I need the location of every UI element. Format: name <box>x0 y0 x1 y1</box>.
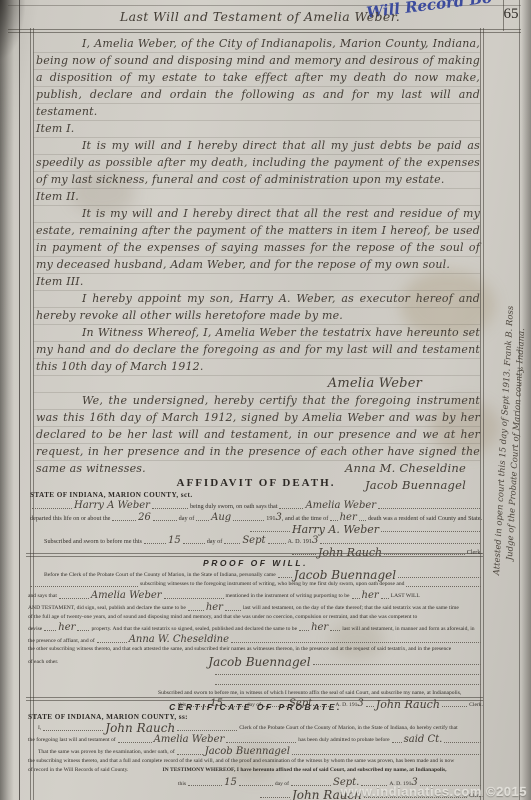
item1-text: It is my will and I hereby direct that a… <box>36 137 480 188</box>
certificate-line1: I, John Rauch Clerk of the Probate Court… <box>28 722 483 732</box>
probate-court-fill: said Ct. <box>404 735 443 745</box>
dotted-line <box>226 740 296 743</box>
affiant-name: Harry A Weber <box>74 501 150 511</box>
pronoun: her <box>340 513 357 523</box>
subscribed-month: Sept <box>242 536 265 546</box>
proof-witness-signature: Jacob Buennagel <box>208 656 310 668</box>
dotted-line <box>444 740 481 743</box>
proof-blank-line <box>28 672 483 676</box>
dotted-line <box>59 596 89 599</box>
proof-line1: Before the Clerk of the Probate Court of… <box>28 569 483 579</box>
form-text: last will and testament, in manner and f… <box>342 627 474 633</box>
dotted-line <box>292 752 481 755</box>
dotted-line <box>177 752 203 755</box>
item2-text: It is my will and I hereby direct that a… <box>36 205 480 273</box>
certificate-testatrix: Amelia Weber <box>154 735 225 745</box>
dotted-line <box>112 518 136 521</box>
proof-line7: the presence of affiant, and of Anna W. … <box>28 635 483 644</box>
proof-line3: and says that Amelia Weber mentioned in … <box>28 591 483 600</box>
form-text: day of <box>179 516 195 522</box>
form-text: I, <box>38 726 41 732</box>
frame-line <box>8 32 521 33</box>
document-title: Last Will and Testament of Amelia Weber. <box>60 9 460 24</box>
proof-line8: the other subscribing witness thereto, a… <box>28 647 483 653</box>
death-day: 26 <box>138 513 151 523</box>
dotted-line <box>152 506 188 509</box>
dotted-line <box>398 575 481 578</box>
form-text: being duly sworn, on oath says that <box>190 504 277 510</box>
form-text: That the same was proven by the examinat… <box>38 750 175 756</box>
pronoun-fill: her <box>58 623 75 633</box>
form-text: of each other. <box>28 660 58 666</box>
form-text: mentioned in the instrument of writing p… <box>226 594 350 600</box>
affidavit-clerk-row: John Rauch Clerk. <box>30 547 482 556</box>
dotted-line <box>330 628 340 631</box>
dotted-line <box>43 728 103 731</box>
dotted-line <box>196 518 209 521</box>
proof-heading: PROOF OF WILL. <box>28 558 483 568</box>
item2-label: Item II. <box>36 188 480 205</box>
form-text: the subscribing witness thereto, and tha… <box>28 759 454 765</box>
dotted-line <box>260 795 290 798</box>
form-text: this <box>178 782 186 788</box>
witness-clause: In Witness Whereof, I, Amelia Weber the … <box>36 324 480 375</box>
form-text: has been duly admitted to probate before <box>298 738 389 744</box>
form-text: property. And that the said testatrix so… <box>91 627 297 633</box>
form-text: day of <box>275 782 289 788</box>
testatrix-name: Amelia Weber <box>91 591 162 601</box>
proof-subscribed-row: Subscribed and sworn to before me, in wi… <box>28 691 483 697</box>
watermark: www.indianaties.com ©2015 <box>341 784 527 799</box>
dotted-line <box>183 541 205 544</box>
dotted-line <box>352 596 360 599</box>
dotted-line <box>299 628 309 631</box>
affiant-signature: Harry A. Weber <box>292 524 379 535</box>
proof-line5: of the full age of twenty-one years, and… <box>28 615 483 621</box>
subscribed-day: 15 <box>168 536 181 546</box>
dotted-line <box>239 783 273 786</box>
frame-line <box>483 28 484 800</box>
dotted-line <box>164 596 224 599</box>
other-witness-name: Anna W. Cheseldine <box>129 635 229 645</box>
certificate-venue: STATE OF INDIANA, MARION COUNTY, ss: <box>28 713 483 721</box>
dotted-line <box>378 506 480 509</box>
dotted-line <box>215 672 481 675</box>
dotted-line <box>32 506 72 509</box>
dotted-line <box>268 541 286 544</box>
clerk-signature: John Rauch <box>318 547 382 558</box>
clerk-label: Clerk. <box>467 550 482 556</box>
dotted-line <box>44 628 56 631</box>
certificate-day: 15 <box>224 778 237 788</box>
dotted-line <box>231 640 481 643</box>
form-text: 191 <box>266 516 275 522</box>
affidavit-signature-row: Harry A. Weber <box>30 524 482 533</box>
proof-line4: AND TESTAMENT, did sign, seal, publish a… <box>28 603 483 612</box>
dotted-line <box>359 518 366 521</box>
section-divider <box>26 556 483 557</box>
opening-paragraph: I, Amelia Weber, of the City of Indianap… <box>36 35 480 120</box>
dotted-line <box>381 529 480 532</box>
dotted-line <box>188 783 222 786</box>
proof-line9: of each other. Jacob Buennagel <box>28 656 483 666</box>
form-text: Clerk of the Probate Court of the County… <box>239 726 457 732</box>
form-text: A. D. 191 <box>288 539 312 545</box>
form-text: the foregoing last will and testament of <box>28 738 116 744</box>
dotted-line <box>153 518 177 521</box>
affidavit-death-date-row: departed this life on or about the 26 da… <box>30 513 482 522</box>
certificate-witness-name: Jacob Buennagel <box>205 747 290 757</box>
form-text: the presence of affiant, and of <box>28 639 95 645</box>
dotted-line <box>225 608 241 611</box>
dotted-line <box>97 640 127 643</box>
affidavit-venue: STATE OF INDIANA, MARION COUNTY, sct. <box>30 491 482 499</box>
binding-edge <box>0 0 14 800</box>
frame-line <box>19 0 20 800</box>
pronoun-fill: her <box>362 591 379 601</box>
item3-text: I hereby appoint my son, Harry A. Weber,… <box>36 290 480 324</box>
will-record-page: Will Record Bo 65 Last Will and Testamen… <box>0 0 531 800</box>
form-text: last will and testament, on the day of t… <box>243 606 459 612</box>
dotted-line <box>188 608 204 611</box>
certificate-line3: That the same was proven by the examinat… <box>28 747 483 756</box>
dotted-line <box>279 506 303 509</box>
death-month: Aug <box>211 513 231 523</box>
form-text: of record in the Will Records of said Co… <box>28 768 128 774</box>
affidavit-heading: AFFIDAVIT OF DEATH. <box>30 477 482 489</box>
frame-line <box>8 29 521 30</box>
certificate-clerk-name: John Rauch <box>105 722 175 734</box>
dotted-line <box>177 728 237 731</box>
subscribed-year: 3 <box>312 536 318 546</box>
dotted-line <box>144 541 166 544</box>
dotted-line <box>224 541 240 544</box>
dotted-line <box>392 740 402 743</box>
dotted-line <box>233 518 264 521</box>
dotted-line <box>313 662 481 665</box>
form-text: subscribing witnesses to the foregoing i… <box>140 582 404 588</box>
form-text: Subscribed and sworn to before me this <box>44 539 142 545</box>
testatrix-signature: Amelia Weber <box>36 375 480 392</box>
proof-of-will-section: PROOF OF WILL. Before the Clerk of the P… <box>28 558 483 708</box>
decedent-name: Amelia Weber <box>305 501 376 511</box>
page-number: 65 <box>500 6 522 23</box>
dotted-line <box>330 518 337 521</box>
dotted-line <box>320 541 480 544</box>
proof-line6: devise her property. And that the said t… <box>28 623 483 632</box>
pronoun-fill: her <box>206 603 223 613</box>
form-text: and says that <box>28 594 57 600</box>
dotted-line <box>278 575 292 578</box>
dotted-line <box>406 584 481 587</box>
dotted-line <box>30 584 138 587</box>
item1-label: Item I. <box>36 120 480 137</box>
certificate-line4: the subscribing witness thereto, and tha… <box>28 759 483 765</box>
dotted-line <box>77 628 89 631</box>
testimony-text: IN TESTIMONY WHEREOF, I have hereunto af… <box>162 768 446 774</box>
dotted-line <box>118 740 152 743</box>
dotted-line <box>250 529 290 532</box>
form-text: day of <box>207 539 223 545</box>
affidavit-of-death-section: AFFIDAVIT OF DEATH. STATE OF INDIANA, MA… <box>30 477 482 556</box>
form-text: Subscribed and sworn to before me, in wi… <box>158 691 461 697</box>
form-text: death was a resident of said County and … <box>368 516 482 522</box>
dotted-line <box>215 682 481 685</box>
dotted-line <box>292 552 316 555</box>
item3-label: Item III. <box>36 273 480 290</box>
form-text: Before the Clerk of the Probate Court of… <box>44 573 276 579</box>
dotted-line <box>291 783 331 786</box>
dotted-line <box>384 552 465 555</box>
dotted-line <box>381 596 389 599</box>
form-text: devise <box>28 627 42 633</box>
form-text: of the full age of twenty-one years, and… <box>28 615 417 621</box>
form-text: LAST WILL <box>391 594 420 600</box>
form-text: departed this life on or about the <box>30 516 110 522</box>
form-text: the other subscribing witness thereto, a… <box>28 647 451 653</box>
certificate-line2: the foregoing last will and testament of… <box>28 735 483 744</box>
certificate-heading: CERTIFICATE OF PROBATE. <box>28 702 483 712</box>
proof-blank-line <box>28 682 483 686</box>
pronoun-fill: her <box>311 623 328 633</box>
corner-shadow <box>0 0 26 60</box>
proof-witness-name: Jacob Buennagel <box>294 569 396 581</box>
affidavit-affiant-row: Harry A Weber being duly sworn, on oath … <box>30 501 482 510</box>
certificate-line5: of record in the Will Records of said Co… <box>28 768 483 774</box>
proof-line2: subscribing witnesses to the foregoing i… <box>28 582 483 588</box>
will-body: I, Amelia Weber, of the City of Indianap… <box>36 35 480 494</box>
form-text: , and at the time of <box>282 516 328 522</box>
affidavit-subscribed-row: Subscribed and sworn to before me this 1… <box>30 536 482 545</box>
form-text: AND TESTAMENT, did sign, seal, publish a… <box>28 606 186 612</box>
